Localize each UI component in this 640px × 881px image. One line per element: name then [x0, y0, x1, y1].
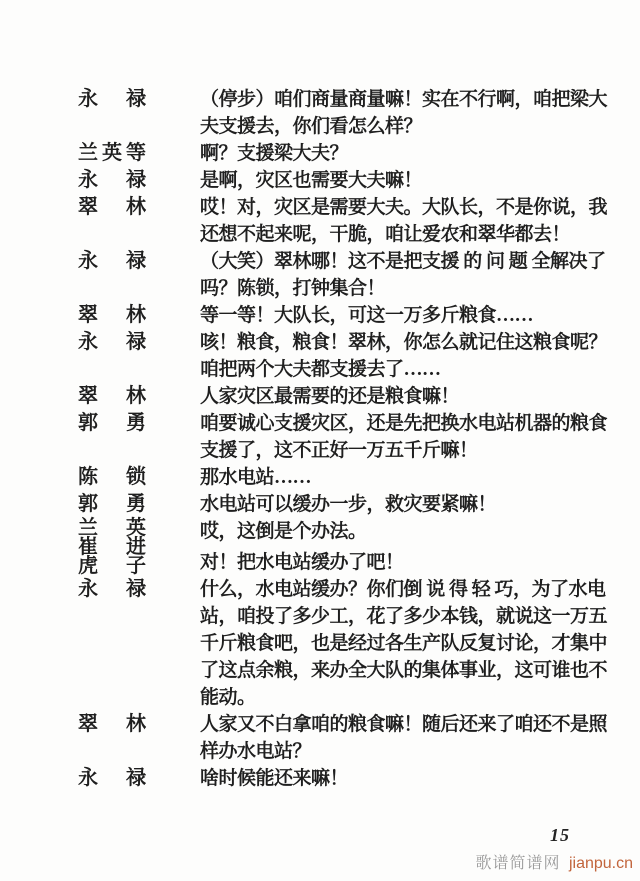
speaker-name-line: 永 禄 — [78, 329, 200, 356]
dialogue-line: 了这点余粮，来办全大队的集体事业，这可谁也不 — [200, 657, 607, 684]
speaker-name-line: 永 禄 — [78, 248, 200, 275]
speaker-name: 翠 林 — [78, 194, 200, 221]
dialogue-entry: 兰 英崔 进虎 子哎，这倒是个办法。对！把水电站缓办了吧！ — [78, 518, 578, 576]
script-page: 永 禄（停步）咱们商量商量嘛！实在不行啊，咱把梁大夫支援去，你们看怎么样？兰英等… — [0, 0, 640, 881]
speaker-name: 永 禄 — [78, 248, 200, 275]
dialogue-entry: 永 禄咳！粮食，粮食！翠林，你怎么就记住这粮食呢？咱把两个大夫都支援去了…… — [78, 329, 578, 383]
speaker-name: 永 禄 — [78, 576, 200, 603]
dialogue-line: 是啊，灾区也需要大夫嘛！ — [200, 167, 578, 194]
speaker-name: 永 禄 — [78, 167, 200, 194]
dialogue-text: 什么，水电站缓办？你们倒 说 得 轻 巧，为了水电站，咱投了多少工，花了多少本钱… — [200, 576, 607, 711]
dialogue-entry: 永 禄什么，水电站缓办？你们倒 说 得 轻 巧，为了水电站，咱投了多少工，花了多… — [78, 576, 578, 711]
dialogue-text: （停步）咱们商量商量嘛！实在不行啊，咱把梁大夫支援去，你们看怎么样？ — [200, 86, 607, 140]
watermark-site-url: jianpu.cn — [569, 855, 633, 872]
dialogue-line: 人家灾区最需要的还是粮食嘛！ — [200, 383, 578, 410]
dialogue-text: 人家又不白拿咱的粮食嘛！随后还来了咱还不是照样办水电站？ — [200, 711, 607, 765]
dialogue-line: 啊？支援梁大夫？ — [200, 140, 578, 167]
dialogue-line: 站，咱投了多少工，花了多少本钱，就说这一万五 — [200, 603, 607, 630]
dialogue-line: 还想不起来呢，干脆，咱让爱农和翠华都去！ — [200, 221, 607, 248]
speaker-name-line: 虎 子 — [78, 557, 200, 576]
dialogue-text: 咱要诚心支援灾区，还是先把换水电站机器的粮食支援了，这不正好一万五千斤嘛！ — [200, 410, 607, 464]
dialogue-text: 是啊，灾区也需要大夫嘛！ — [200, 167, 578, 194]
dialogue-line: 人家又不白拿咱的粮食嘛！随后还来了咱还不是照 — [200, 711, 607, 738]
dialogue-text: 水电站可以缓办一步，救灾要紧嘛！ — [200, 491, 578, 518]
dialogue-line: 哎！对，灾区是需要大夫。大队长，不是你说，我 — [200, 194, 607, 221]
dialogue-text: 哎，这倒是个办法。对！把水电站缓办了吧！ — [200, 518, 578, 576]
speaker-name-line: 永 禄 — [78, 86, 200, 113]
dialogue-line: 能动。 — [200, 684, 607, 711]
dialogue-line: 咱要诚心支援灾区，还是先把换水电站机器的粮食 — [200, 410, 607, 437]
speaker-name-line: 翠 林 — [78, 302, 200, 329]
dialogue-entry: 兰英等啊？支援梁大夫？ — [78, 140, 578, 167]
dialogue-line: 哎，这倒是个办法。 — [200, 518, 578, 545]
speaker-name: 永 禄 — [78, 765, 200, 792]
speaker-name: 兰 英崔 进虎 子 — [78, 518, 200, 576]
dialogue-entry: 翠 林哎！对，灾区是需要大夫。大队长，不是你说，我还想不起来呢，干脆，咱让爱农和… — [78, 194, 578, 248]
dialogue-line: 吗？陈锁，打钟集合！ — [200, 275, 606, 302]
page-number: 15 — [550, 825, 570, 846]
dialogue-line: 啥时候能还来嘛！ — [200, 765, 578, 792]
dialogue-text: 等一等！大队长，可这一万多斤粮食…… — [200, 302, 578, 329]
speaker-name: 郭 勇 — [78, 491, 200, 518]
speaker-name-line: 翠 林 — [78, 194, 200, 221]
dialogue-entry: 翠 林人家又不白拿咱的粮食嘛！随后还来了咱还不是照样办水电站？ — [78, 711, 578, 765]
dialogue-line: 咱把两个大夫都支援去了…… — [200, 356, 607, 383]
dialogue-line: （停步）咱们商量商量嘛！实在不行啊，咱把梁大 — [200, 86, 607, 113]
dialogue-line: 咳！粮食，粮食！翠林，你怎么就记住这粮食呢？ — [200, 329, 607, 356]
dialogue-entry: 翠 林等一等！大队长，可这一万多斤粮食…… — [78, 302, 578, 329]
dialogue-line: 对！把水电站缓办了吧！ — [200, 549, 578, 576]
speaker-name-line: 翠 林 — [78, 383, 200, 410]
dialogue-line: 支援了，这不正好一万五千斤嘛！ — [200, 437, 607, 464]
dialogue-entry: 永 禄是啊，灾区也需要大夫嘛！ — [78, 167, 578, 194]
dialogue-text: 咳！粮食，粮食！翠林，你怎么就记住这粮食呢？咱把两个大夫都支援去了…… — [200, 329, 607, 383]
dialogue-entry: 永 禄啥时候能还来嘛！ — [78, 765, 578, 792]
speaker-name-line: 陈 锁 — [78, 464, 200, 491]
speaker-name-line: 郭 勇 — [78, 491, 200, 518]
dialogue-entry: 陈 锁那水电站…… — [78, 464, 578, 491]
dialogue-text: 哎！对，灾区是需要大夫。大队长，不是你说，我还想不起来呢，干脆，咱让爱农和翠华都… — [200, 194, 607, 248]
dialogue-line: 千斤粮食吧，也是经过各生产队反复讨论，才集中 — [200, 630, 607, 657]
speaker-name: 翠 林 — [78, 711, 200, 738]
watermark-site-name: 歌谱简谱网 — [475, 855, 560, 872]
dialogue-text: 人家灾区最需要的还是粮食嘛！ — [200, 383, 578, 410]
watermark: 歌谱简谱网 jianpu.cn — [475, 850, 633, 873]
dialogue-text: 啊？支援梁大夫？ — [200, 140, 578, 167]
dialogue-line: （大笑）翠林哪！这不是把支援 的 问 题 全解决了 — [200, 248, 606, 275]
speaker-name-line: 郭 勇 — [78, 410, 200, 437]
dialogue-line: 等一等！大队长，可这一万多斤粮食…… — [200, 302, 578, 329]
dialogue-entry: 永 禄（停步）咱们商量商量嘛！实在不行啊，咱把梁大夫支援去，你们看怎么样？ — [78, 86, 578, 140]
dialogue-entry: 翠 林人家灾区最需要的还是粮食嘛！ — [78, 383, 578, 410]
dialogue-line: 样办水电站？ — [200, 738, 607, 765]
speaker-name: 陈 锁 — [78, 464, 200, 491]
dialogue-line: 什么，水电站缓办？你们倒 说 得 轻 巧，为了水电 — [200, 576, 607, 603]
dialogue-entry: 郭 勇水电站可以缓办一步，救灾要紧嘛！ — [78, 491, 578, 518]
dialogue-entry: 郭 勇咱要诚心支援灾区，还是先把换水电站机器的粮食支援了，这不正好一万五千斤嘛！ — [78, 410, 578, 464]
speaker-name-line: 永 禄 — [78, 167, 200, 194]
dialogue-text: （大笑）翠林哪！这不是把支援 的 问 题 全解决了吗？陈锁，打钟集合！ — [200, 248, 606, 302]
dialogue-list: 永 禄（停步）咱们商量商量嘛！实在不行啊，咱把梁大夫支援去，你们看怎么样？兰英等… — [78, 86, 578, 792]
speaker-name-line: 翠 林 — [78, 711, 200, 738]
dialogue-text: 啥时候能还来嘛！ — [200, 765, 578, 792]
speaker-name-line: 永 禄 — [78, 576, 200, 603]
speaker-name: 郭 勇 — [78, 410, 200, 437]
speaker-name: 翠 林 — [78, 383, 200, 410]
speaker-name: 翠 林 — [78, 302, 200, 329]
speaker-name: 永 禄 — [78, 86, 200, 113]
dialogue-text: 那水电站…… — [200, 464, 578, 491]
speaker-name: 永 禄 — [78, 329, 200, 356]
dialogue-line: 水电站可以缓办一步，救灾要紧嘛！ — [200, 491, 578, 518]
dialogue-line: 那水电站…… — [200, 464, 578, 491]
speaker-name: 兰英等 — [78, 140, 200, 167]
dialogue-line: 夫支援去，你们看怎么样？ — [200, 113, 607, 140]
dialogue-entry: 永 禄（大笑）翠林哪！这不是把支援 的 问 题 全解决了吗？陈锁，打钟集合！ — [78, 248, 578, 302]
speaker-name-line: 兰英等 — [78, 140, 200, 167]
speaker-name-line: 永 禄 — [78, 765, 200, 792]
